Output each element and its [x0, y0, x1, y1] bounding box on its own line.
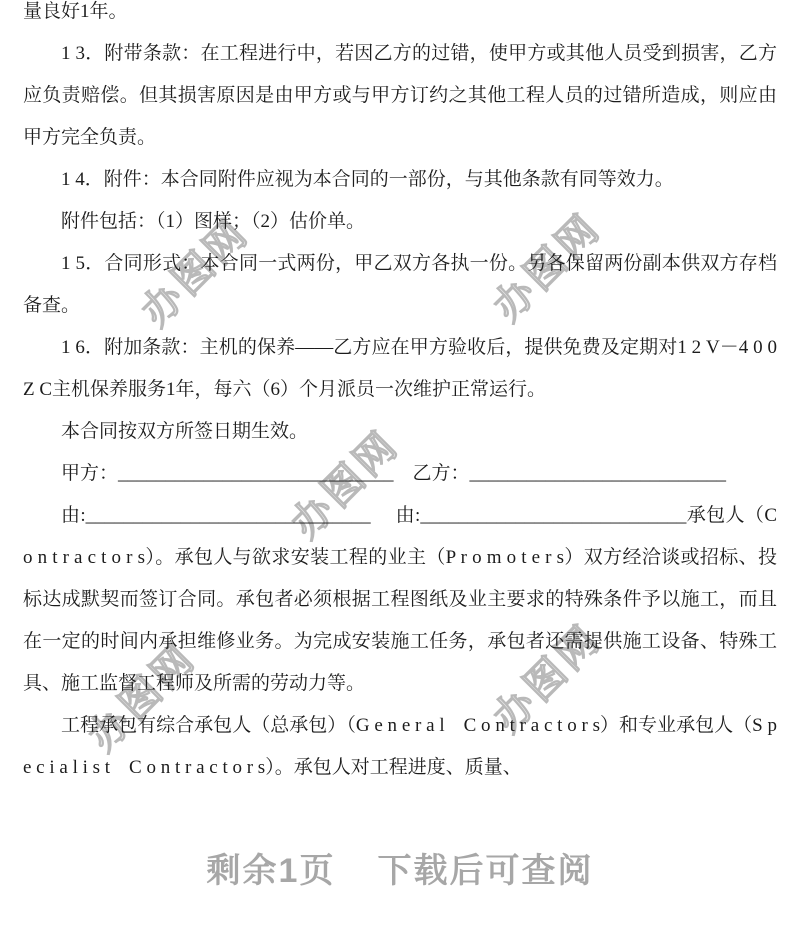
contract-paragraph-8: 甲方：_____________________________ 乙方：____…	[23, 453, 777, 495]
contract-paragraph-2: 1 3．附带条款：在工程进行中，若因乙方的过错，使甲方或其他人员受到损害，乙方应…	[23, 33, 777, 159]
contract-paragraph-4: 附件包括：（1）图样；（2）估价单。	[23, 201, 777, 243]
contract-paragraph-3: 1 4．附件：本合同附件应视为本合同的一部份，与其他条款有同等效力。	[23, 159, 777, 201]
contract-paragraph-1: 量良好1年。	[23, 0, 777, 33]
remaining-pages-text: 剩余1页	[207, 852, 336, 890]
contract-paragraph-6: 1 6．附加条款：主机的保养――乙方应在甲方验收后，提供免费及定期对1 2 V－…	[23, 327, 777, 411]
contract-page: 办图网办图网办图网办图网办图网 量良好1年。1 3．附带条款：在工程进行中，若因…	[0, 0, 800, 943]
contract-paragraph-7: 本合同按双方所签日期生效。	[23, 411, 777, 453]
document-body: 量良好1年。1 3．附带条款：在工程进行中，若因乙方的过错，使甲方或其他人员受到…	[23, 0, 777, 789]
contract-paragraph-10: 工程承包有综合承包人（总承包）（G e n e r a l C o n t r …	[23, 705, 777, 789]
download-hint-text: 下载后可查阅	[377, 852, 593, 890]
page-footer: 剩余1页下载后可查阅	[0, 843, 800, 892]
contract-paragraph-5: 1 5．合同形式：本合同一式两份，甲乙双方各执一份。另各保留两份副本供双方存档备…	[23, 243, 777, 327]
contract-paragraph-9: 由:______________________________ 由:_____…	[23, 495, 777, 705]
